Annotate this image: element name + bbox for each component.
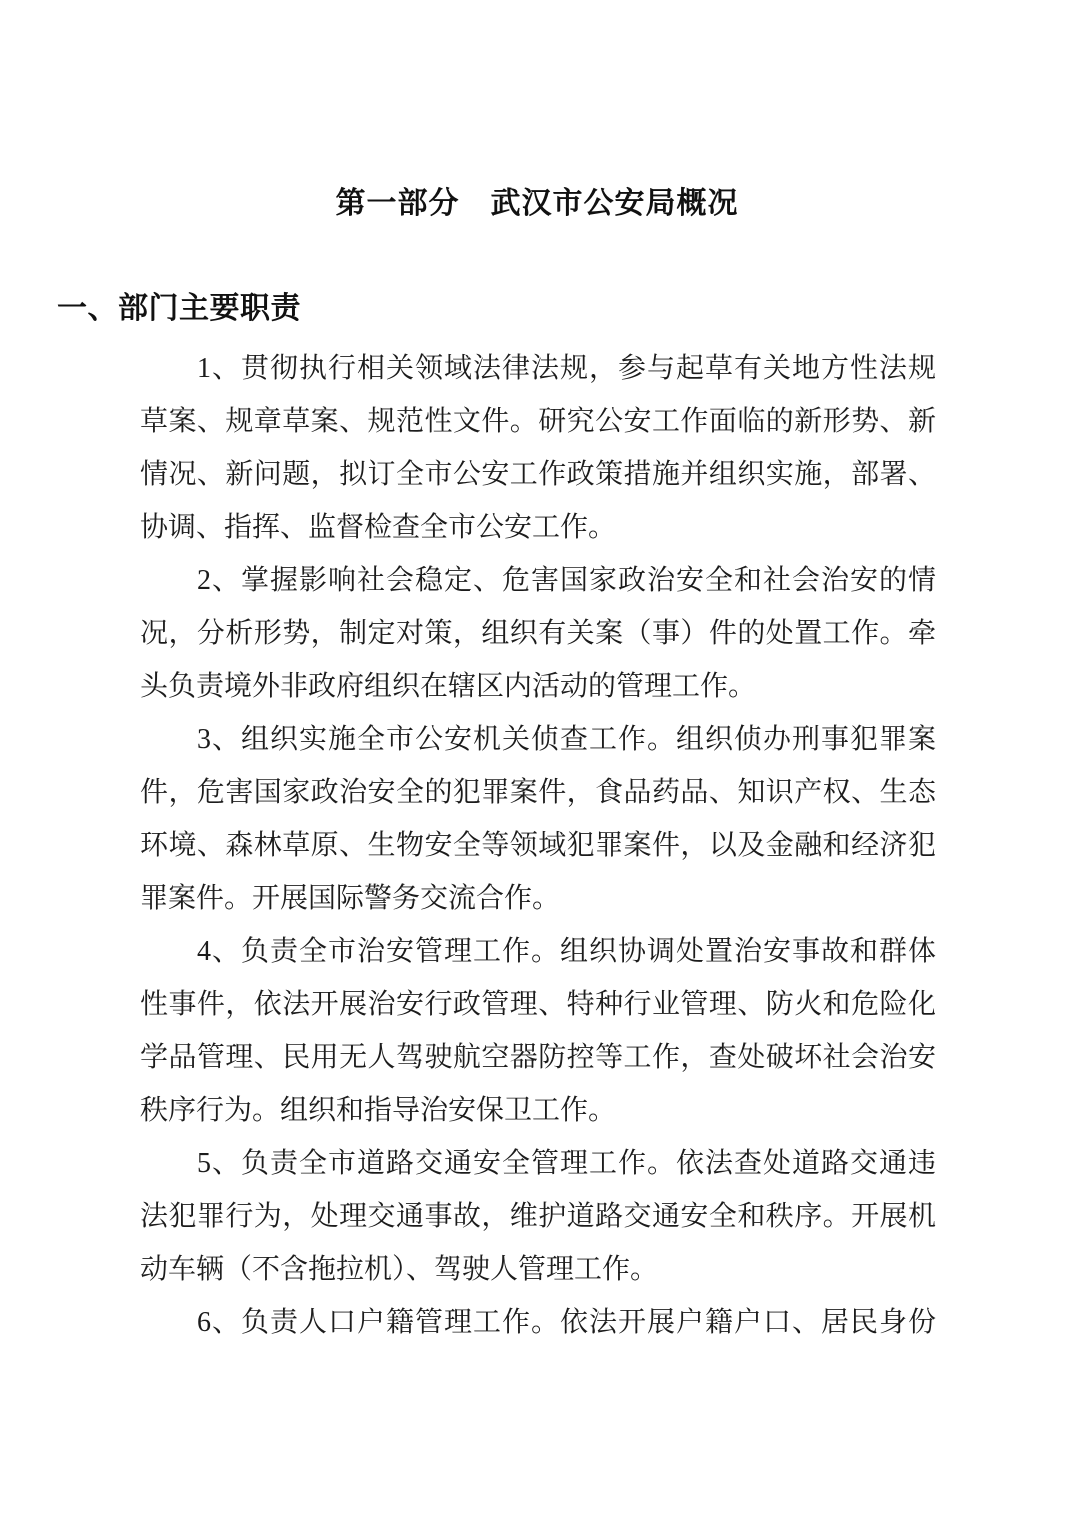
text-line: 协调、指挥、监督检查全市公安工作。 <box>140 501 936 554</box>
text-line: 动车辆（不含拖拉机）、驾驶人管理工作。 <box>140 1243 936 1296</box>
text-line: 3、组织实施全市公安机关侦查工作。组织侦办刑事犯罪案 <box>140 713 936 766</box>
paragraph-2: 2、掌握影响社会稳定、危害国家政治安全和社会治安的情 况，分析形势，制定对策，组… <box>140 554 936 713</box>
text-line: 情况、新问题，拟订全市公安工作政策措施并组织实施，部署、 <box>140 448 936 501</box>
text-line: 学品管理、民用无人驾驶航空器防控等工作，查处破坏社会治安 <box>140 1031 936 1084</box>
paragraph-1: 1、贯彻执行相关领域法律法规，参与起草有关地方性法规 草案、规章草案、规范性文件… <box>140 342 936 554</box>
text-line: 5、负责全市道路交通安全管理工作。依法查处道路交通违 <box>140 1137 936 1190</box>
paragraph-4: 4、负责全市治安管理工作。组织协调处置治安事故和群体 性事件，依法开展治安行政管… <box>140 925 936 1137</box>
text-line: 罪案件。开展国际警务交流合作。 <box>140 872 936 925</box>
paragraph-6: 6、负责人口户籍管理工作。依法开展户籍户口、居民身份 <box>140 1296 936 1349</box>
document-page: 第一部分 武汉市公安局概况 一、部门主要职责 1、贯彻执行相关领域法律法规，参与… <box>0 0 1074 1520</box>
text-line: 秩序行为。组织和指导治安保卫工作。 <box>140 1084 936 1137</box>
text-line: 头负责境外非政府组织在辖区内活动的管理工作。 <box>140 660 936 713</box>
text-line: 草案、规章草案、规范性文件。研究公安工作面临的新形势、新 <box>140 395 936 448</box>
text-line: 性事件，依法开展治安行政管理、特种行业管理、防火和危险化 <box>140 978 936 1031</box>
document-body: 1、贯彻执行相关领域法律法规，参与起草有关地方性法规 草案、规章草案、规范性文件… <box>140 342 936 1349</box>
text-line: 4、负责全市治安管理工作。组织协调处置治安事故和群体 <box>140 925 936 978</box>
text-line: 件，危害国家政治安全的犯罪案件，食品药品、知识产权、生态 <box>140 766 936 819</box>
text-line: 况，分析形势，制定对策，组织有关案（事）件的处置工作。牵 <box>140 607 936 660</box>
text-line: 2、掌握影响社会稳定、危害国家政治安全和社会治安的情 <box>140 554 936 607</box>
section-heading: 一、部门主要职责 <box>0 290 1074 328</box>
text-line: 1、贯彻执行相关领域法律法规，参与起草有关地方性法规 <box>140 342 936 395</box>
text-line: 环境、森林草原、生物安全等领域犯罪案件，以及金融和经济犯 <box>140 819 936 872</box>
document-title: 第一部分 武汉市公安局概况 <box>0 0 1074 223</box>
paragraph-5: 5、负责全市道路交通安全管理工作。依法查处道路交通违 法犯罪行为，处理交通事故，… <box>140 1137 936 1296</box>
text-line: 6、负责人口户籍管理工作。依法开展户籍户口、居民身份 <box>140 1296 936 1349</box>
paragraph-3: 3、组织实施全市公安机关侦查工作。组织侦办刑事犯罪案 件，危害国家政治安全的犯罪… <box>140 713 936 925</box>
text-line: 法犯罪行为，处理交通事故，维护道路交通安全和秩序。开展机 <box>140 1190 936 1243</box>
